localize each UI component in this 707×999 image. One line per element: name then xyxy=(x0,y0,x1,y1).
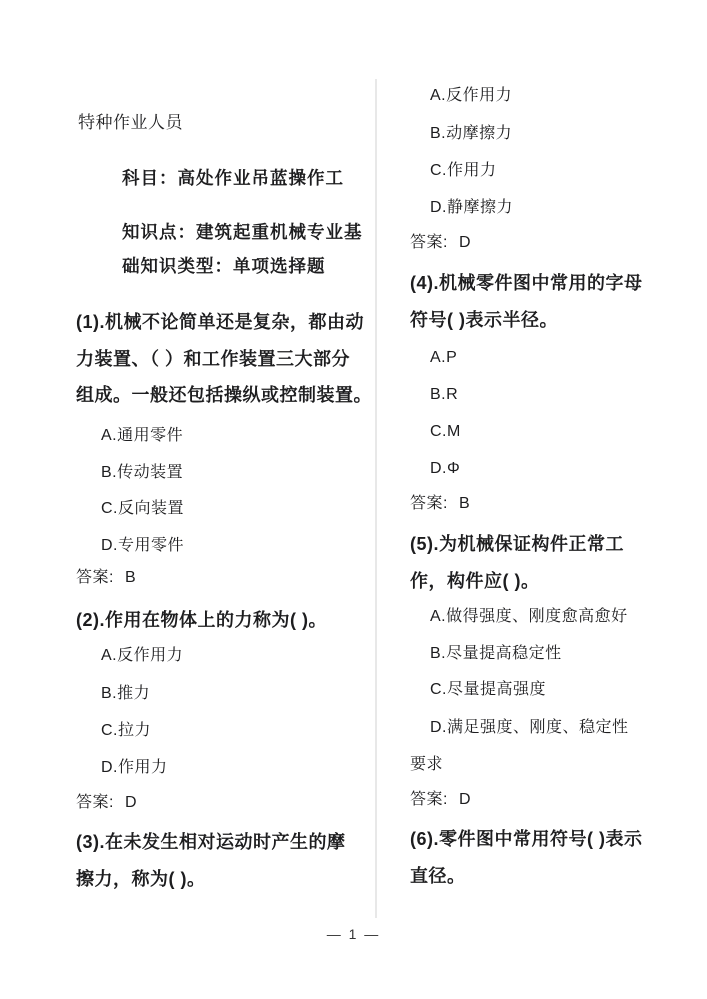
option-item: D.专用零件 xyxy=(101,538,184,554)
option-item: C.反向装置 xyxy=(101,501,184,517)
option-item: A.做得强度、刚度愈高愈好 xyxy=(430,609,628,625)
answer-line: 答案:B xyxy=(410,496,470,512)
question-1-stem-line: 力装置、（ ）和工作装置三大部分 xyxy=(76,350,350,368)
answer-value: B xyxy=(125,569,136,586)
question-4-stem-line: 符号( )表示半径。 xyxy=(410,311,558,329)
page-number: — 1 — xyxy=(0,926,707,942)
column-divider xyxy=(375,79,377,918)
answer-line: 答案:D xyxy=(410,792,471,808)
answer-value: D xyxy=(459,791,471,808)
question-6-stem-line: 直径。 xyxy=(410,867,466,885)
question-3-stem-line: (3).在未发生相对运动时产生的摩 xyxy=(76,833,346,851)
option-item: B.R xyxy=(430,387,458,403)
answer-label: 答案: xyxy=(410,495,448,512)
subject-line: 科目：高处作业吊蓝操作工 xyxy=(122,170,344,188)
answer-value: D xyxy=(125,794,137,811)
option-item: D.静摩擦力 xyxy=(430,200,513,216)
answer-label: 答案: xyxy=(410,234,448,251)
question-2-stem-line: (2).作用在物体上的力称为( )。 xyxy=(76,611,327,629)
question-4-stem-line: (4).机械零件图中常用的字母 xyxy=(410,274,643,292)
option-item: B.尽量提高稳定性 xyxy=(430,646,562,662)
option-item: D.Φ xyxy=(430,461,460,477)
answer-line: 答案:B xyxy=(76,570,136,586)
option-item: B.推力 xyxy=(101,686,150,702)
question-6-stem-line: (6).零件图中常用符号( )表示 xyxy=(410,830,643,848)
answer-label: 答案: xyxy=(76,794,114,811)
option-item: C.M xyxy=(430,424,461,440)
answer-value: B xyxy=(459,495,470,512)
option-item: A.P xyxy=(430,350,457,366)
answer-line: 答案:D xyxy=(410,235,471,251)
answer-value: D xyxy=(459,234,471,251)
question-5-stem-line: (5).为机械保证构件正常工 xyxy=(410,535,624,553)
question-1-stem-line: 组成。一般还包括操纵或控制装置。 xyxy=(76,386,372,404)
answer-label: 答案: xyxy=(76,569,114,586)
doc-title: 特种作业人员 xyxy=(78,114,183,131)
option-item: D.作用力 xyxy=(101,760,168,776)
option-item: C.尽量提高强度 xyxy=(430,682,546,698)
option-item: A.反作用力 xyxy=(430,88,512,104)
option-item: C.拉力 xyxy=(101,723,151,739)
knowledge-line-1: 知识点：建筑起重机械专业基 xyxy=(122,224,363,242)
option-item: B.动摩擦力 xyxy=(430,126,512,142)
option-item-continuation: 要求 xyxy=(410,757,443,773)
answer-line: 答案:D xyxy=(76,795,137,811)
option-item: A.反作用力 xyxy=(101,648,183,664)
document-page: 特种作业人员 科目：高处作业吊蓝操作工 知识点：建筑起重机械专业基 础知识类型：… xyxy=(0,0,707,999)
option-item: D.满足强度、刚度、稳定性 xyxy=(430,720,629,736)
question-3-stem-line: 擦力，称为( )。 xyxy=(76,870,206,888)
answer-label: 答案: xyxy=(410,791,448,808)
knowledge-line-2: 础知识类型：单项选择题 xyxy=(122,258,326,276)
question-5-stem-line: 作，构件应( )。 xyxy=(410,572,540,590)
question-1-stem-line: (1).机械不论简单还是复杂，都由动 xyxy=(76,313,364,331)
option-item: B.传动装置 xyxy=(101,465,183,481)
option-item: A.通用零件 xyxy=(101,428,183,444)
option-item: C.作用力 xyxy=(430,163,497,179)
